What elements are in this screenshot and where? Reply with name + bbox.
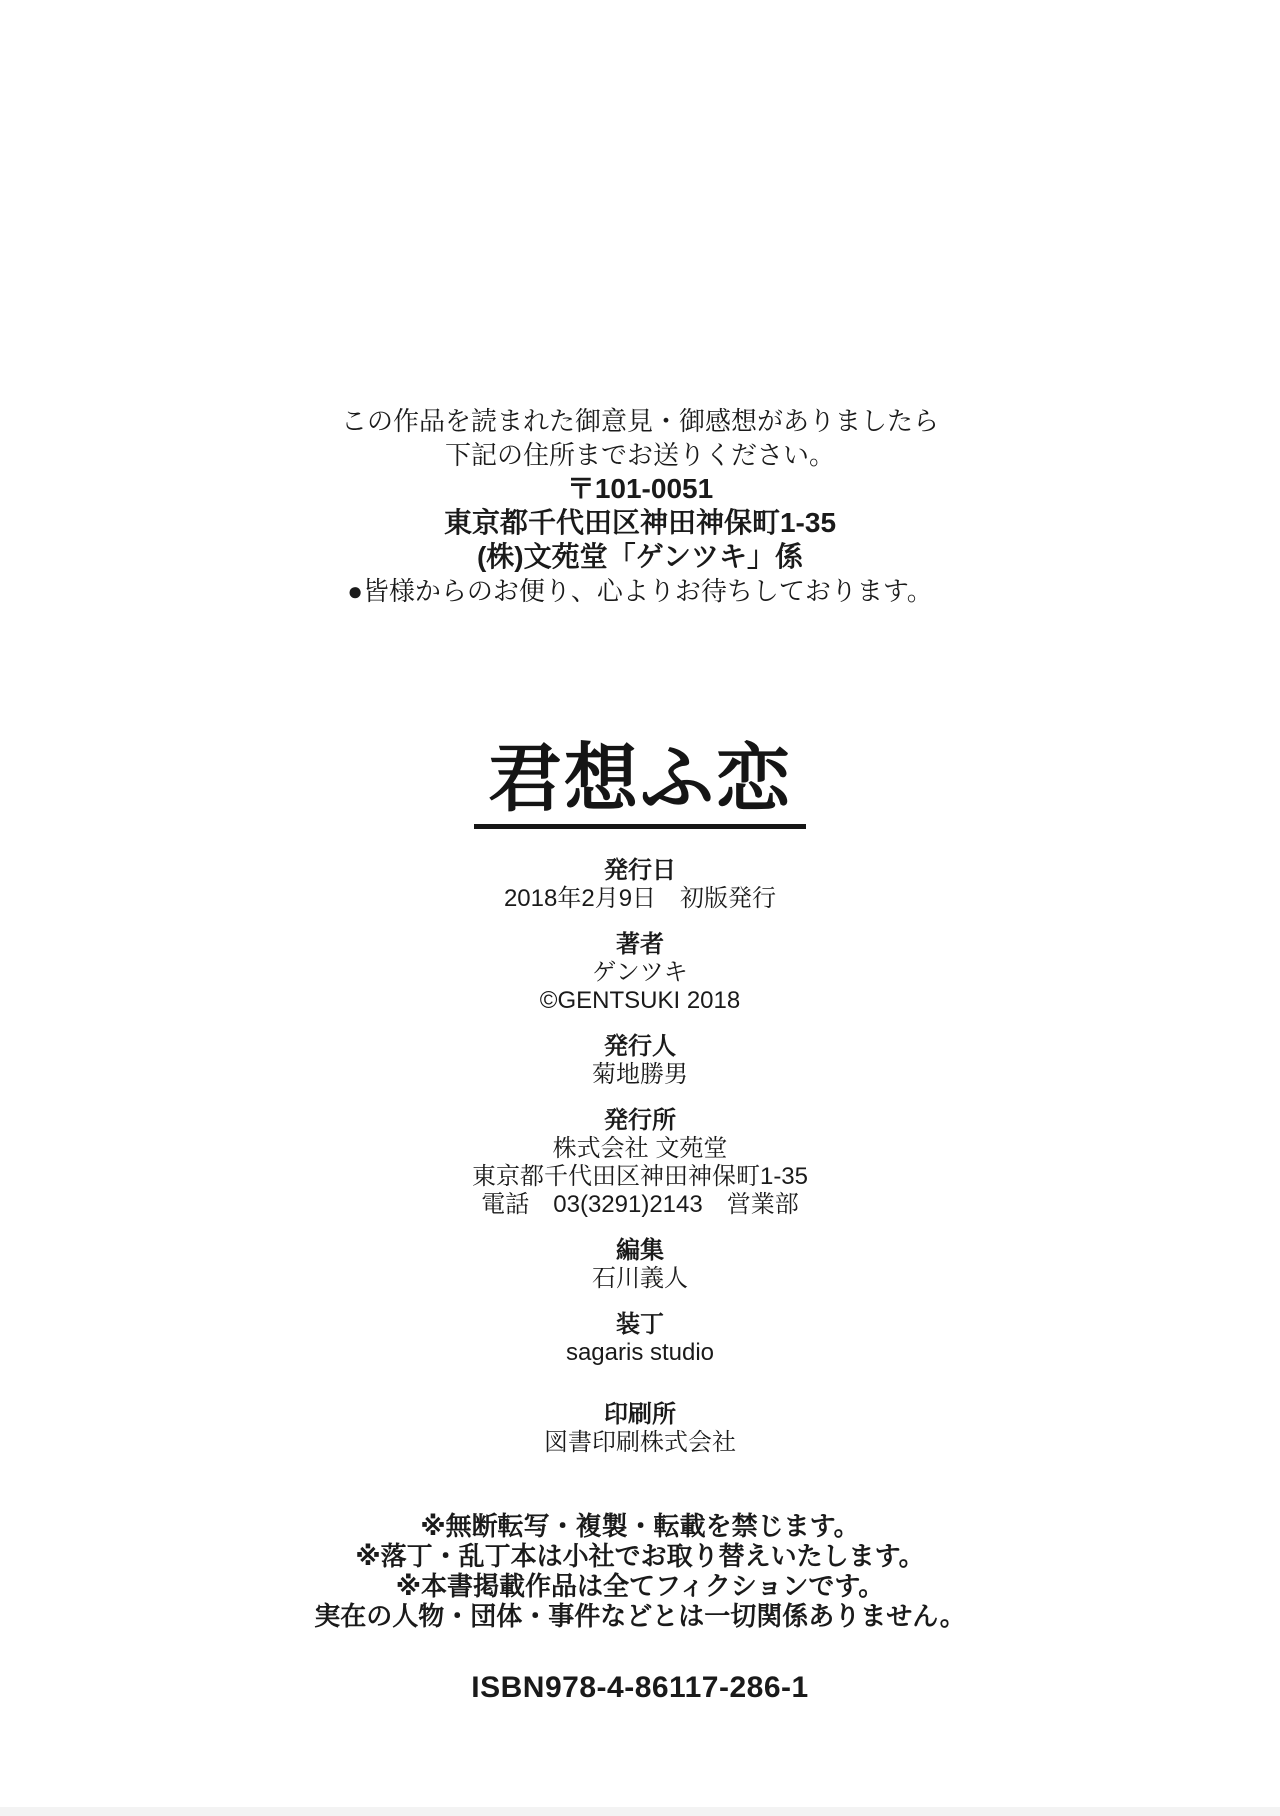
mailing-recipient: (株)文苑堂「ゲンツキ」係 xyxy=(0,540,1280,574)
disclaimer-no-reproduction: ※無断転写・複製・転載を禁じます。 xyxy=(0,1511,1280,1541)
publication-date-value: 2018年2月9日 初版発行 xyxy=(0,885,1280,913)
section-publication-date: 発行日 2018年2月9日 初版発行 xyxy=(0,857,1280,913)
publisher-person-label: 発行人 xyxy=(0,1033,1280,1061)
section-publisher-person: 発行人 菊地勝男 xyxy=(0,1033,1280,1089)
title-block: 君想ふ恋 xyxy=(0,740,1280,829)
printer-label: 印刷所 xyxy=(0,1401,1280,1429)
feedback-notice: この作品を読まれた御意見・御感想がありましたら 下記の住所までお送りください。 … xyxy=(0,404,1280,608)
mailing-address: 東京都千代田区神田神保町1-35 xyxy=(0,506,1280,540)
feedback-closing: ●皆様からのお便り、心よりお待ちしております。 xyxy=(0,574,1280,608)
postal-code: 〒101-0051 xyxy=(0,472,1280,506)
disclaimer-fiction-2: 実在の人物・団体・事件などとは一切関係ありません。 xyxy=(0,1601,1280,1631)
publication-date-label: 発行日 xyxy=(0,857,1280,885)
section-printer: 印刷所 図書印刷株式会社 xyxy=(0,1401,1280,1457)
colophon-page: この作品を読まれた御意見・御感想がありましたら 下記の住所までお送りください。 … xyxy=(0,0,1280,1816)
publishing-house-address: 東京都千代田区神田神保町1-35 xyxy=(0,1163,1280,1191)
copyright-line: ©GENTSUKI 2018 xyxy=(0,987,1280,1015)
section-editor: 編集 石川義人 xyxy=(0,1237,1280,1293)
section-publishing-house: 発行所 株式会社 文苑堂 東京都千代田区神田神保町1-35 電話 03(3291… xyxy=(0,1107,1280,1219)
isbn-number: ISBN978-4-86117-286-1 xyxy=(0,1671,1280,1705)
disclaimer-fiction-1: ※本書掲載作品は全てフィクションです。 xyxy=(0,1571,1280,1601)
publishing-house-label: 発行所 xyxy=(0,1107,1280,1135)
author-label: 著者 xyxy=(0,931,1280,959)
colophon-details: 発行日 2018年2月9日 初版発行 著者 ゲンツキ ©GENTSUKI 201… xyxy=(0,857,1280,1457)
editor-label: 編集 xyxy=(0,1237,1280,1265)
author-name: ゲンツキ xyxy=(0,959,1280,987)
publisher-person-name: 菊地勝男 xyxy=(0,1061,1280,1089)
design-studio-name: sagaris studio xyxy=(0,1339,1280,1367)
printer-name: 図書印刷株式会社 xyxy=(0,1429,1280,1457)
publishing-house-phone: 電話 03(3291)2143 営業部 xyxy=(0,1191,1280,1219)
publishing-house-name: 株式会社 文苑堂 xyxy=(0,1135,1280,1163)
feedback-line-1: この作品を読まれた御意見・御感想がありましたら xyxy=(0,404,1280,438)
section-author: 著者 ゲンツキ ©GENTSUKI 2018 xyxy=(0,931,1280,1015)
editor-name: 石川義人 xyxy=(0,1265,1280,1293)
design-label: 装丁 xyxy=(0,1311,1280,1339)
disclaimers: ※無断転写・複製・転載を禁じます。 ※落丁・乱丁本は小社でお取り替えいたします。… xyxy=(0,1511,1280,1631)
section-design: 装丁 sagaris studio xyxy=(0,1311,1280,1367)
disclaimer-defective-copies: ※落丁・乱丁本は小社でお取り替えいたします。 xyxy=(0,1541,1280,1571)
feedback-line-2: 下記の住所までお送りください。 xyxy=(0,438,1280,472)
scan-bottom-edge xyxy=(0,1807,1280,1816)
book-title: 君想ふ恋 xyxy=(474,740,806,829)
